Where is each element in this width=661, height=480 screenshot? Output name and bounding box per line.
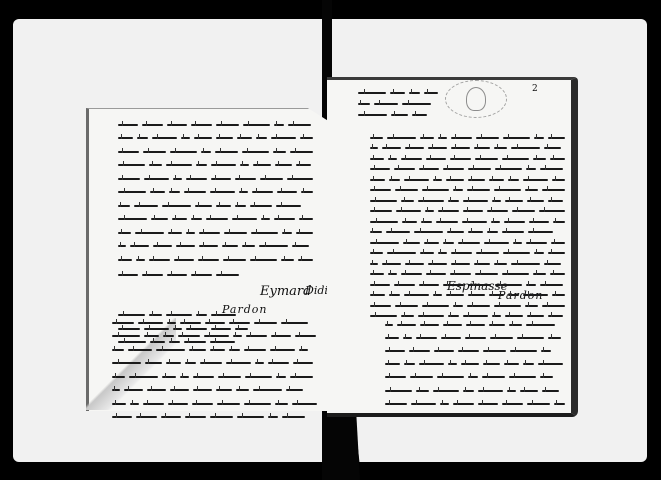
handwritten-line [112, 386, 303, 395]
handwritten-line [370, 207, 565, 216]
handwritten-line [112, 318, 308, 327]
handwritten-line [118, 161, 311, 170]
handwritten-line [370, 154, 565, 163]
handwritten-line [370, 165, 563, 174]
handwritten-line [358, 99, 431, 108]
stamp-seal-icon [445, 80, 507, 118]
handwritten-line [118, 242, 309, 251]
handwritten-line [118, 270, 239, 279]
handwritten-line [370, 217, 565, 226]
handwritten-line [370, 186, 565, 195]
handwritten-line [112, 332, 316, 341]
handwritten-line [358, 110, 427, 119]
handwritten-line [118, 201, 301, 210]
handwritten-line [370, 228, 553, 237]
handwritten-line [370, 144, 561, 153]
handwritten-line [385, 386, 559, 395]
handwritten-line [370, 133, 565, 142]
handwritten-line [118, 134, 313, 143]
handwritten-line [118, 188, 313, 197]
handwritten-line [370, 249, 565, 258]
handwritten-line [385, 333, 561, 342]
handwritten-line [385, 320, 555, 329]
handwritten-line [112, 372, 313, 381]
handwritten-line [385, 360, 563, 369]
handwritten-line [358, 88, 438, 97]
handwritten-line [118, 147, 313, 156]
handwritten-line [370, 238, 565, 247]
handwritten-line [370, 259, 561, 268]
handwritten-line [118, 228, 313, 237]
handwritten-line [118, 120, 311, 129]
handwritten-line [370, 280, 563, 289]
signature-eymard: Eymard [260, 284, 311, 299]
handwritten-line [112, 413, 305, 422]
handwritten-line [118, 215, 313, 224]
handwritten-line [112, 359, 313, 368]
handwritten-line [370, 291, 565, 300]
handwritten-line [370, 301, 565, 310]
handwritten-line [118, 255, 313, 264]
handwritten-line [385, 346, 551, 355]
handwritten-line [112, 345, 308, 354]
handwritten-line [370, 270, 565, 279]
handwritten-line [370, 196, 563, 205]
page-number: 2 [532, 84, 538, 94]
handwritten-line [385, 399, 565, 408]
handwritten-line [385, 373, 553, 382]
handwritten-line [112, 399, 317, 408]
handwritten-line [118, 174, 313, 183]
handwritten-line [370, 175, 565, 184]
